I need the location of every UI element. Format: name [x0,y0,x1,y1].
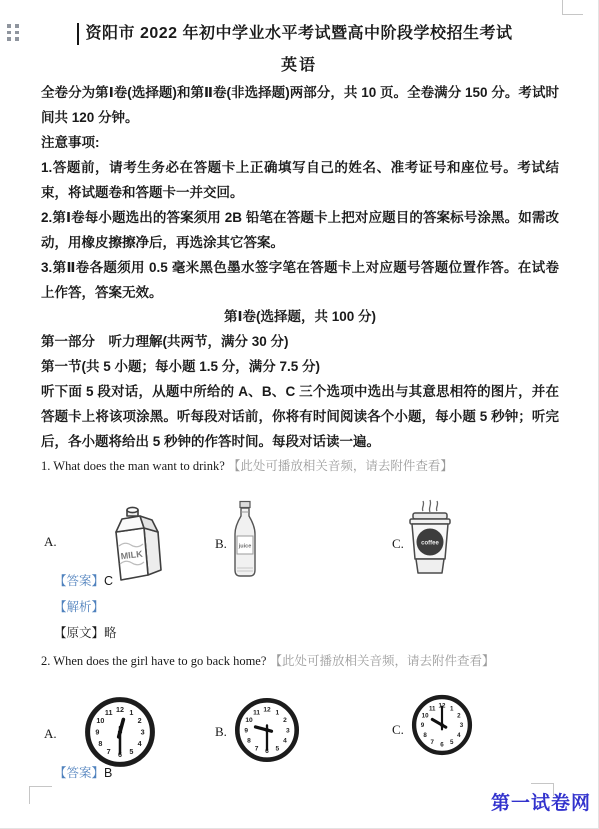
svg-text:12: 12 [263,707,271,714]
svg-text:5: 5 [129,747,133,756]
svg-text:3: 3 [141,728,145,737]
q2-answer-value: B [104,766,112,780]
exam-subject: 英语 [0,52,598,75]
q1-analysis-line: 【解析】 [54,597,104,615]
svg-text:4: 4 [138,739,142,748]
margin-mark-bottom-left [29,786,52,804]
question-1: 1. What does the man want to drink? 【此处可… [41,456,561,474]
svg-text:7: 7 [107,747,111,756]
q2-answer-tag: 【答案】 [54,766,104,780]
svg-text:1: 1 [276,709,280,716]
svg-text:2: 2 [457,712,461,719]
margin-mark-top-right [562,0,583,15]
q1-source-line: 【原文】略 [54,623,117,641]
svg-text:5: 5 [276,745,280,752]
juice-label-text: juice [238,544,252,550]
svg-text:11: 11 [253,709,260,716]
question-2-number: 2. [41,654,50,668]
svg-text:2: 2 [283,717,287,724]
clock-c-icon: 123456789101112 [411,694,473,761]
question-1-text: What does the man want to drink? [53,459,224,473]
svg-text:4: 4 [283,738,287,745]
section1-heading: 第一节(共 5 小题；每小题 1.5 分，满分 7.5 分) [41,354,559,379]
q2-option-c-label: C. [392,722,404,738]
svg-text:9: 9 [421,722,425,729]
svg-text:1: 1 [450,705,454,712]
coffee-label-text: coffee [421,541,439,547]
q2-answer-line: 【答案】B [54,763,112,781]
svg-text:7: 7 [255,745,259,752]
note-2: 2.第Ⅰ卷每小题选出的答案须用 2B 铅笔在答题卡上把对应题目的答案标号涂黑。如… [41,205,559,255]
svg-text:7: 7 [431,739,435,746]
site-watermark: 第一试卷网 [491,788,591,815]
svg-text:8: 8 [247,738,251,745]
svg-text:6: 6 [440,742,444,749]
svg-text:5: 5 [450,739,454,746]
svg-text:3: 3 [286,727,290,734]
svg-text:11: 11 [429,705,436,712]
question-1-number: 1. [41,459,50,473]
exam-title: 资阳市 2022 年初中学业水平考试暨高中阶段学校招生考试 [0,20,598,43]
volume1-heading: 第Ⅰ卷(选择题，共 100 分) [41,304,559,329]
q1-answer-line: 【答案】C [54,571,113,589]
clock-b-icon: 123456789101112 [234,697,300,768]
svg-text:2: 2 [138,716,142,725]
svg-text:10: 10 [245,717,253,724]
svg-text:9: 9 [244,727,248,734]
svg-text:1: 1 [129,708,133,717]
svg-text:8: 8 [98,739,102,748]
notes-heading: 注意事项: [41,130,559,155]
note-3: 3.第Ⅱ卷各题须用 0.5 毫米黑色墨水签字笔在答题卡上对应题号答题位置作答。在… [41,255,559,305]
q2-option-b-label: B. [215,724,227,740]
note-1: 1.答题前，请考生务必在答题卡上正确填写自己的姓名、准考证号和座位号。考试结束，… [41,155,559,205]
part1-heading: 第一部分 听力理解(共两节，满分 30 分) [41,329,559,354]
exam-intro: 全卷分为第Ⅰ卷(选择题)和第Ⅱ卷(非选择题)两部分，共 10 页。全卷满分 15… [41,80,559,130]
exam-document-page: 资阳市 2022 年初中学业水平考试暨高中阶段学校招生考试 英语 全卷分为第Ⅰ卷… [0,0,599,829]
coffee-cup-icon: coffee [399,497,461,586]
question-2: 2. When does the girl have to go back ho… [41,651,561,669]
svg-text:9: 9 [95,728,99,737]
q1-option-a-label: A. [44,534,57,550]
q1-source-tag: 【原文】 [54,626,104,640]
question-1-audio-note: 【此处可播放相关音频，请去附件查看】 [228,459,453,473]
svg-text:10: 10 [422,712,429,719]
q1-answer-value: C [104,574,113,588]
svg-text:4: 4 [457,732,461,739]
svg-text:3: 3 [460,722,464,729]
svg-text:10: 10 [96,716,104,725]
svg-text:12: 12 [116,705,124,714]
q1-source-value: 略 [104,626,117,640]
clock-a-icon: 123456789101112 [84,696,156,773]
svg-text:8: 8 [423,732,427,739]
svg-text:11: 11 [105,708,113,717]
question-2-audio-note: 【此处可播放相关音频，请去附件查看】 [270,654,495,668]
juice-bottle-icon: juice [226,500,264,585]
question-2-text: When does the girl have to go back home? [53,654,266,668]
q2-option-a-label: A. [44,726,57,742]
q1-analysis-tag: 【解析】 [54,600,104,614]
q1-answer-tag: 【答案】 [54,574,104,588]
listening-instructions: 听下面 5 段对话，从题中所给的 A、B、C 三个选项中选出与其意思相符的图片，… [41,379,559,454]
